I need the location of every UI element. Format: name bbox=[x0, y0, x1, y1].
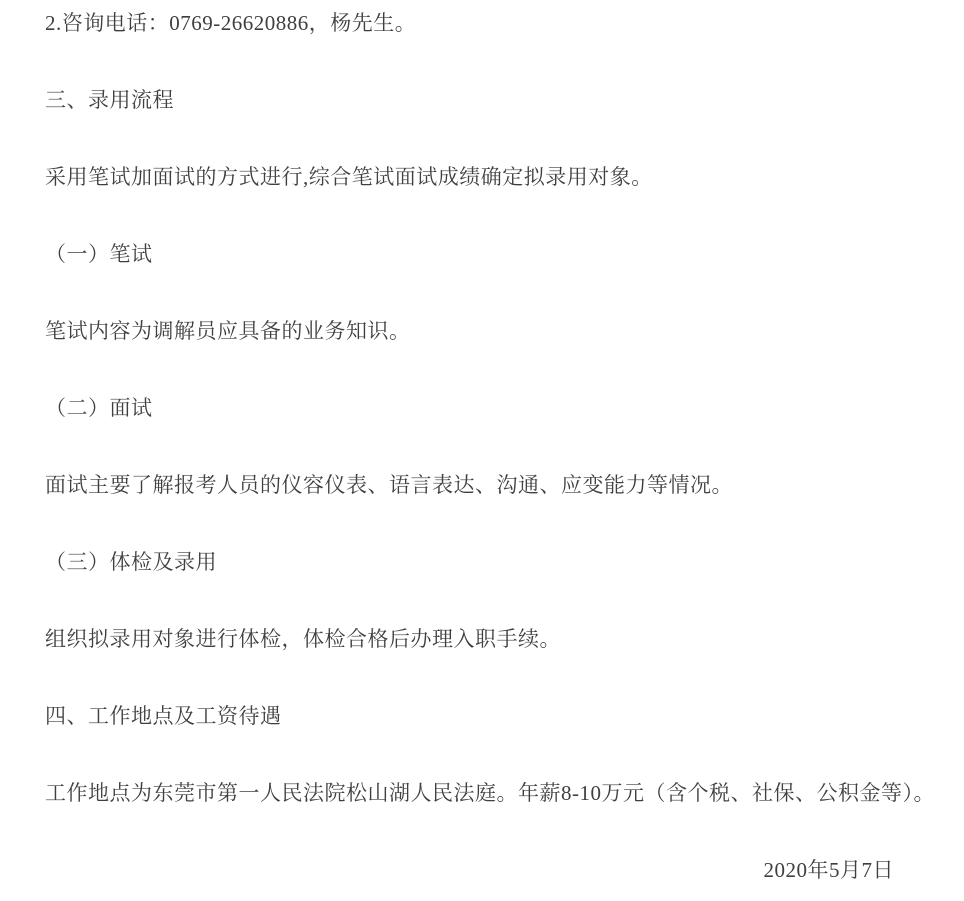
document-date: 2020年5月7日 bbox=[45, 855, 914, 885]
interview-paragraph: 面试主要了解报考人员的仪容仪表、语言表达、沟通、应变能力等情况。 bbox=[45, 470, 914, 500]
subsection-2-heading: （二）面试 bbox=[45, 393, 914, 423]
written-test-paragraph: 笔试内容为调解员应具备的业务知识。 bbox=[45, 316, 914, 346]
section-3-heading: 三、录用流程 bbox=[45, 85, 914, 115]
section-4-heading: 四、工作地点及工资待遇 bbox=[45, 701, 914, 731]
location-salary-paragraph: 工作地点为东莞市第一人民法院松山湖人民法庭。年薪8-10万元（含个税、社保、公积… bbox=[45, 778, 914, 808]
subsection-1-heading: （一）笔试 bbox=[45, 239, 914, 269]
contact-phone-line: 2.咨询电话：0769-26620886，杨先生。 bbox=[45, 8, 914, 38]
medical-check-paragraph: 组织拟录用对象进行体检，体检合格后办理入职手续。 bbox=[45, 624, 914, 654]
process-intro-paragraph: 采用笔试加面试的方式进行,综合笔试面试成绩确定拟录用对象。 bbox=[45, 162, 914, 192]
document-page: 2.咨询电话：0769-26620886，杨先生。 三、录用流程 采用笔试加面试… bbox=[0, 0, 964, 901]
subsection-3-heading: （三）体检及录用 bbox=[45, 547, 914, 577]
